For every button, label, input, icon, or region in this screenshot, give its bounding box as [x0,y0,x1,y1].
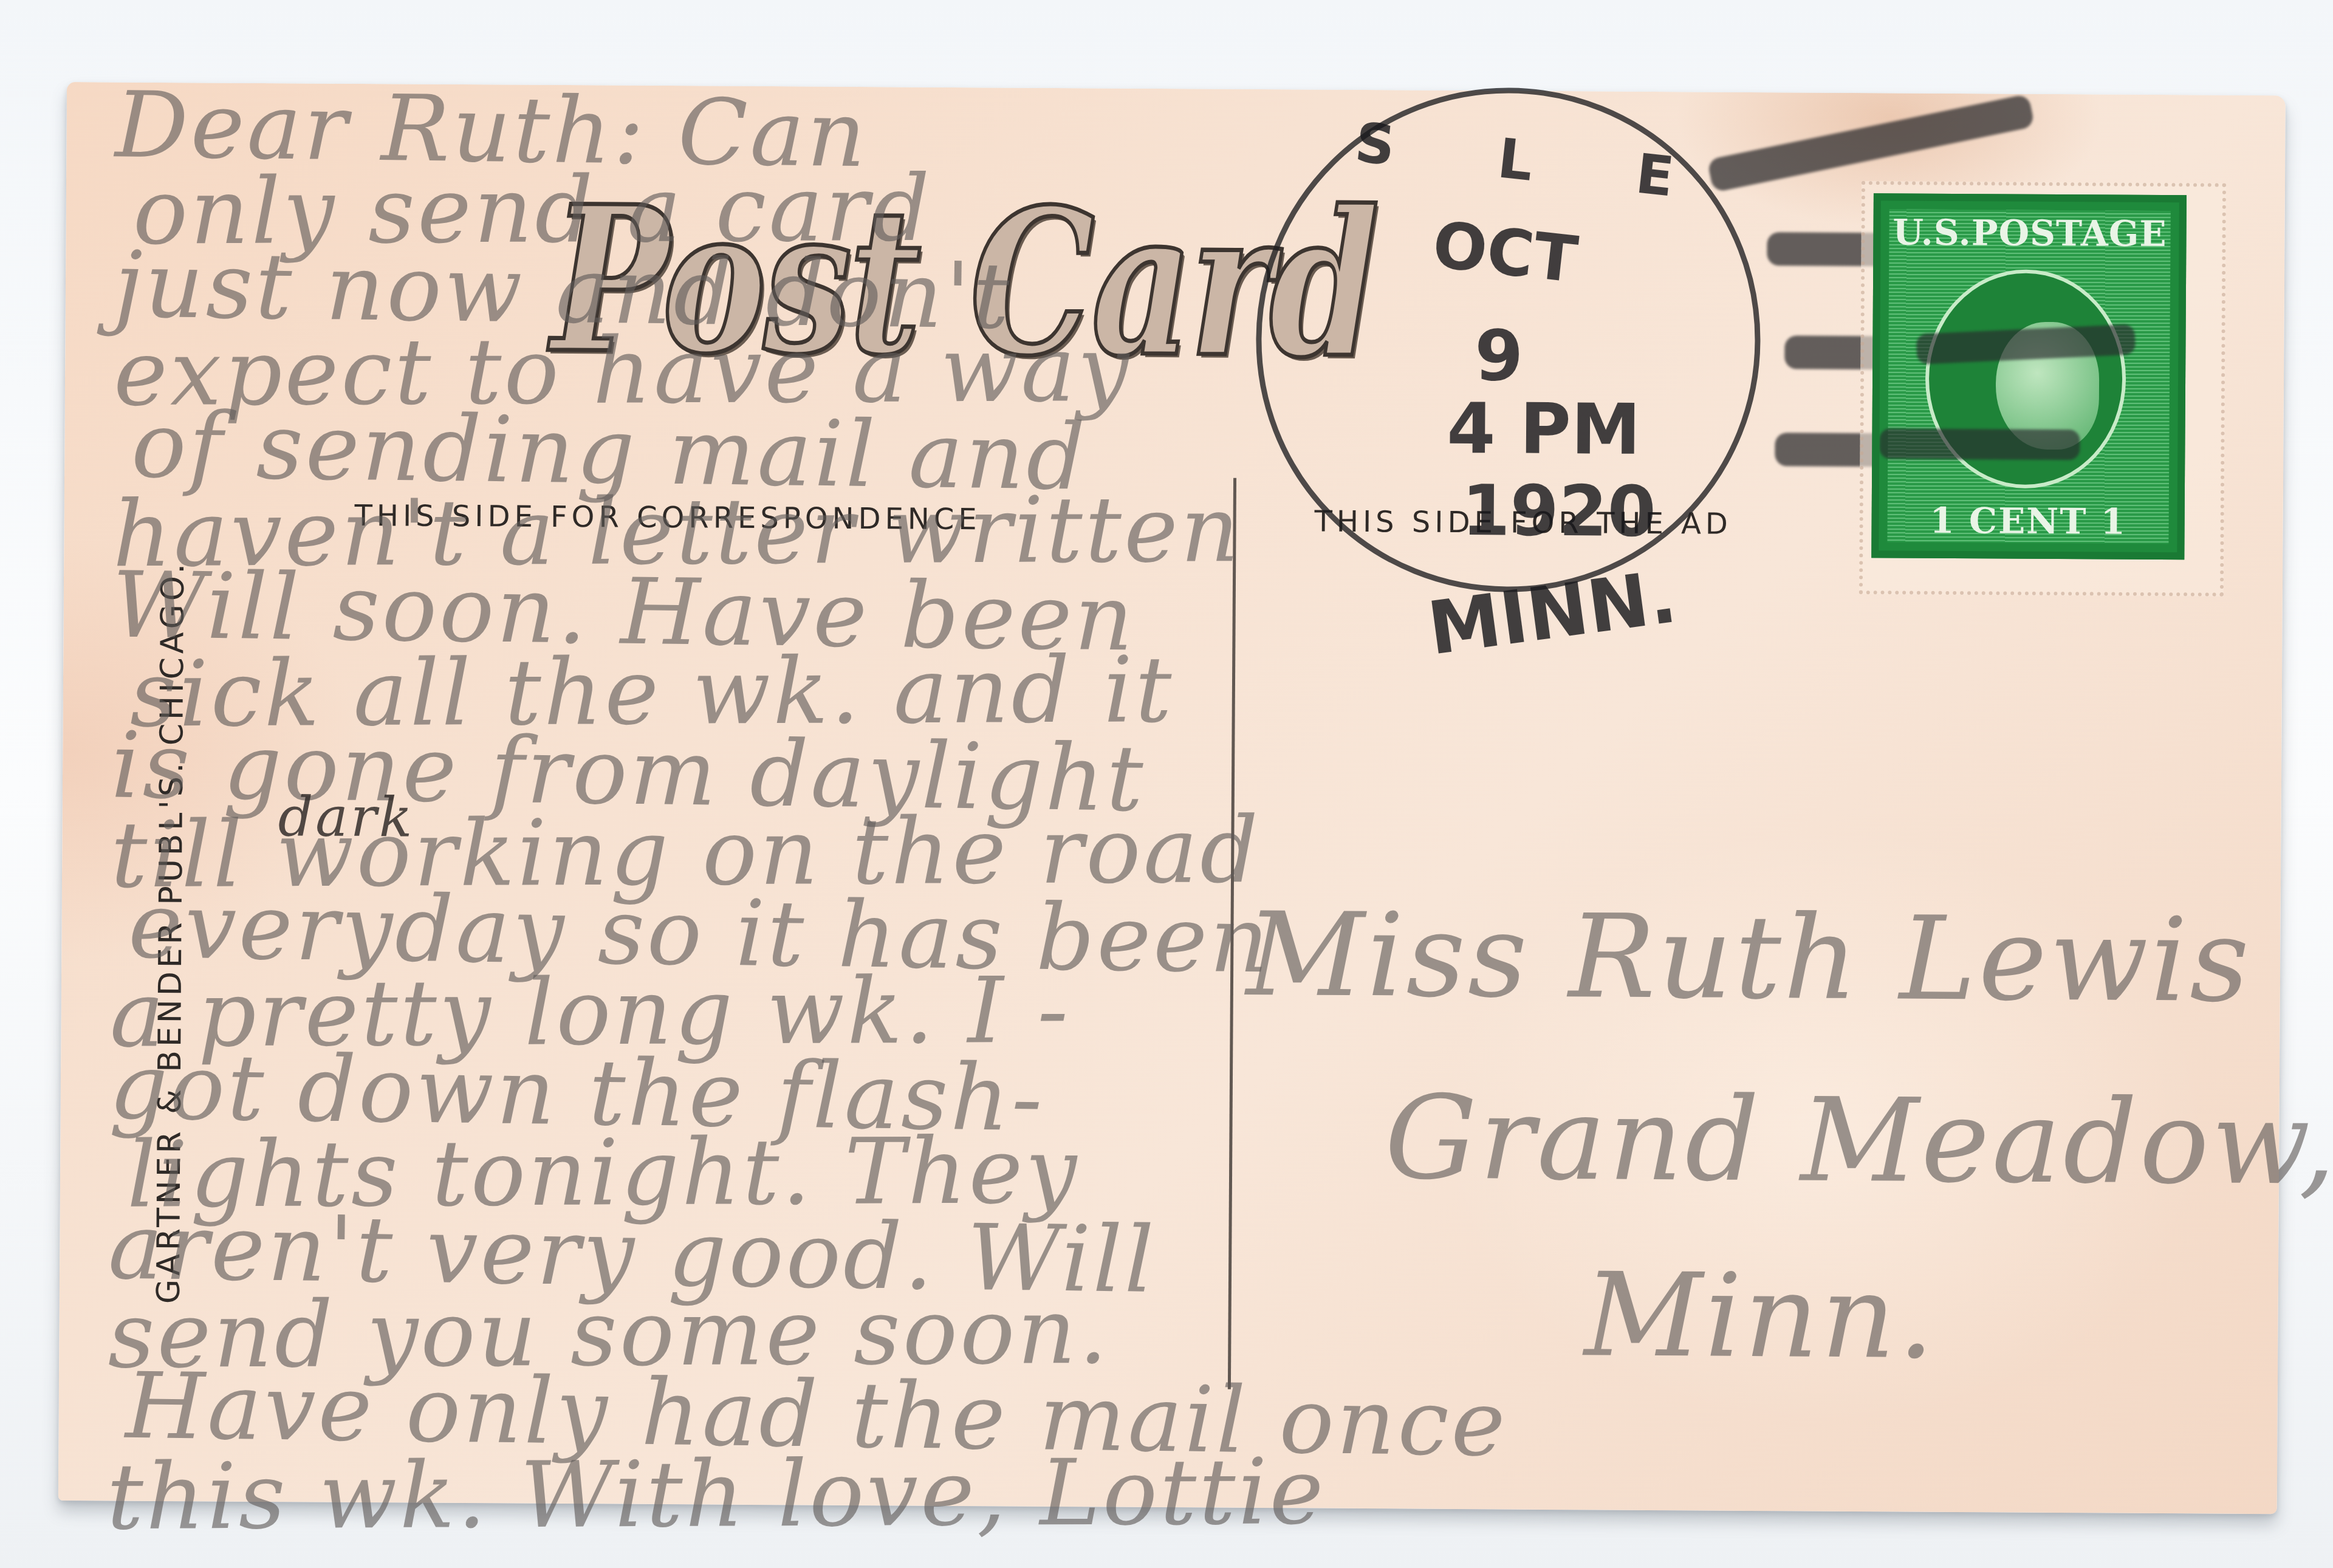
stamp-cancel-bar [1879,428,2080,460]
address-line: Grand Meadow, [1385,1080,2333,1202]
address-line: Miss Ruth Lewis [1246,897,2252,1019]
stamp-top-text: U.S.POSTAGE [1880,211,2179,255]
postmark-day: 9 [1475,315,1524,397]
postage-stamp: U.S.POSTAGE 1 CENT 1 [1871,193,2187,560]
cancel-bar [1707,94,2035,193]
message-insertion: dark [278,785,414,849]
address-line: Minn. [1584,1258,1937,1375]
postcard-back: Post Card THIS SIDE FOR CORRESPONDENCE T… [58,82,2286,1514]
postmark-time: 4 PM [1447,388,1641,471]
stamp-denomination: 1 CENT 1 [1879,499,2177,543]
handwritten-message: Dear Ruth: Canonly send a cardjust now a… [67,82,2286,95]
message-line: this wk. With love, Lottie [106,1446,1326,1543]
postmark-year: 1920 [1461,470,1656,553]
postmark-month: OCT [1429,208,1581,298]
